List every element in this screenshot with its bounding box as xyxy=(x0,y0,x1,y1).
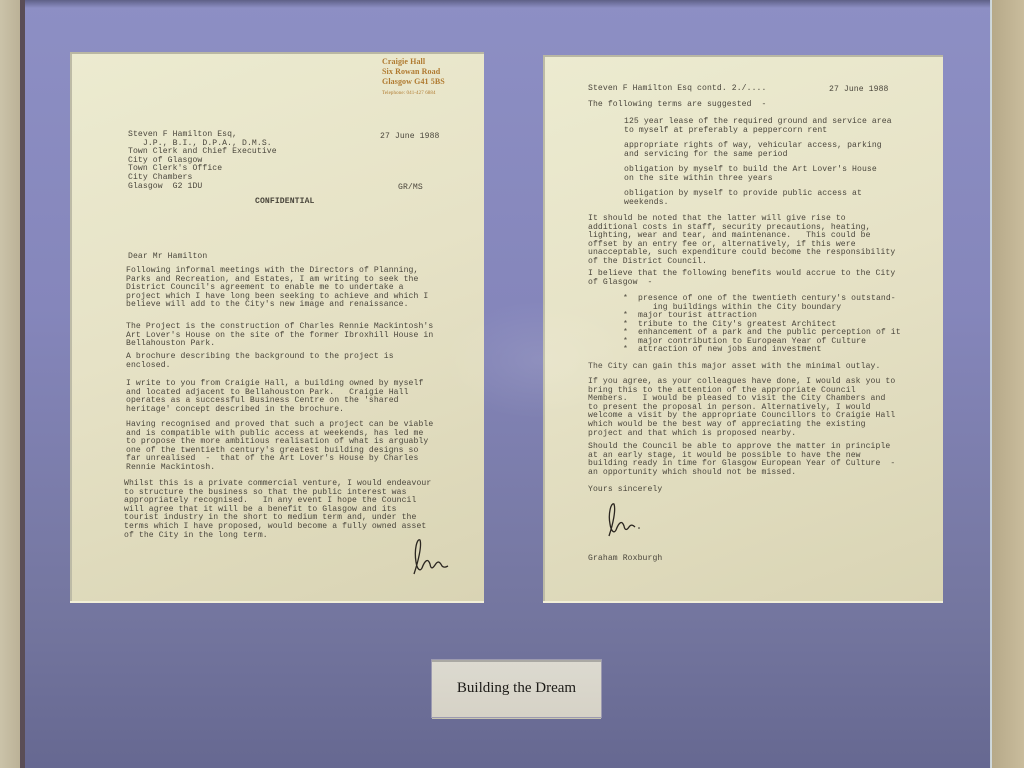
benefits-intro: I believe that the following benefits wo… xyxy=(588,270,895,287)
term-item: appropriate rights of way, vehicular acc… xyxy=(624,142,882,159)
signatory-name: Graham Roxburgh xyxy=(588,555,662,564)
reference-code: GR/MS xyxy=(398,184,423,193)
caption-title: Building the Dream xyxy=(457,680,576,697)
letterhead-line-3: Glasgow G41 5BS xyxy=(382,77,445,86)
benefit-item: presence of one of the twentieth century… xyxy=(638,295,896,312)
letterhead-line-2: Six Rowan Road xyxy=(382,67,440,76)
letterhead-telephone: Telephone: 041-427 6884 xyxy=(382,91,436,96)
paragraph-2: The Project is the construction of Charl… xyxy=(126,323,433,349)
letter-date: 27 June 1988 xyxy=(380,133,439,142)
bullet-icon: * xyxy=(623,295,628,304)
term-item: obligation by myself to provide public a… xyxy=(624,190,862,207)
recipient-address: Steven F Hamilton Esq, J.P., B.I., D.P.A… xyxy=(128,131,277,191)
paragraph-4: I write to you from Craigie Hall, a buil… xyxy=(126,380,423,414)
recipient-line: Glasgow G2 1DU xyxy=(128,182,202,191)
paragraph-3: A brochure describing the background to … xyxy=(126,353,394,370)
terms-intro: The following terms are suggested - xyxy=(588,101,766,110)
letter-page-2: Steven F Hamilton Esq contd. 2./.... 27 … xyxy=(543,55,943,603)
note-paragraph: It should be noted that the latter will … xyxy=(588,215,895,267)
signature-icon xyxy=(603,500,643,540)
confidential-heading: CONFIDENTIAL xyxy=(255,198,314,207)
wall-right xyxy=(992,0,1024,768)
closing: Yours sincerely xyxy=(588,486,662,495)
term-item: 125 year lease of the required ground an… xyxy=(624,118,892,135)
mat-shadow xyxy=(25,0,991,8)
paragraph-1: Following informal meetings with the Dir… xyxy=(126,267,428,310)
paragraph-6: Whilst this is a private commercial vent… xyxy=(124,480,431,540)
signature-icon xyxy=(408,536,452,578)
caption-plaque: Building the Dream xyxy=(432,660,601,717)
letter-date: 27 June 1988 xyxy=(829,86,888,95)
bullet-icon: * xyxy=(623,346,628,355)
benefit-item: attraction of new jobs and investment xyxy=(638,346,821,355)
letterhead-line-1: Craigie Hall xyxy=(382,57,425,66)
letterhead: Craigie Hall Six Rowan Road Glasgow G41 … xyxy=(382,57,445,98)
frame-edge-left xyxy=(20,0,25,768)
agree-paragraph: If you agree, as your colleagues have do… xyxy=(588,378,895,438)
paragraph-5: Having recognised and proved that such a… xyxy=(126,421,433,473)
salutation: Dear Mr Hamilton xyxy=(128,253,207,262)
continuation-header: Steven F Hamilton Esq contd. 2./.... xyxy=(588,85,766,94)
approve-paragraph: Should the Council be able to approve th… xyxy=(588,443,895,477)
gain-sentence: The City can gain this major asset with … xyxy=(588,363,880,372)
letter-page-1: Craigie Hall Six Rowan Road Glasgow G41 … xyxy=(70,52,484,603)
term-item: obligation by myself to build the Art Lo… xyxy=(624,166,877,183)
